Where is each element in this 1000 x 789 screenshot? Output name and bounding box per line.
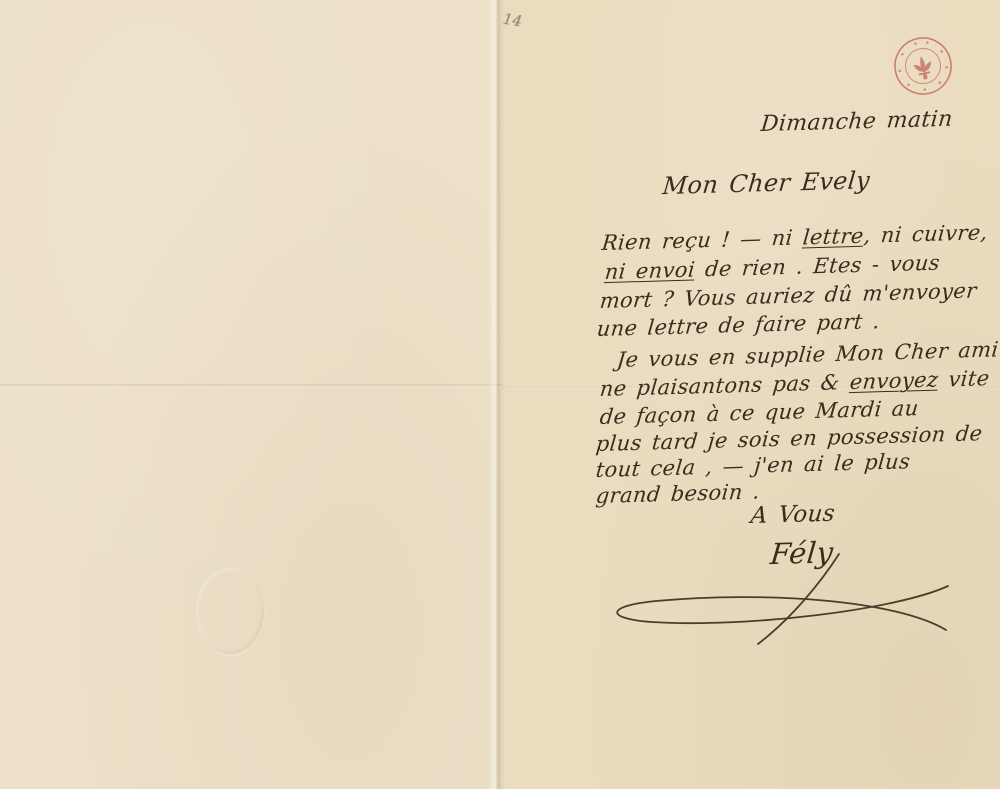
red-ink-stamp: · ▪ · ▪ · ▪ · ▪ · ▪ · ▪ · ▪ · ▪ · ▪ · ▪ … [890,33,956,99]
stamp-graphic: · ▪ · ▪ · ▪ · ▪ · ▪ · ▪ · ▪ · ▪ · ▪ · ▪ … [890,33,956,99]
pencil-folio-number: 14 [502,10,524,31]
letter-left-page-blank [0,0,500,789]
signature-flourish-graphic [596,552,964,656]
letter-body-line: grand besoin . [595,479,761,508]
signature-flourish [596,552,964,656]
scanned-letter-bifolium: 14 · ▪ · ▪ · ▪ · ▪ · ▪ · ▪ · ▪ · ▪ · ▪ ·… [0,0,1000,789]
embossed-seal [196,568,264,654]
stamp-crest [912,54,934,81]
letter-closing: A Vous [750,501,837,529]
center-fold-crease [488,0,506,789]
letter-salutation: Mon Cher Evely [661,166,871,200]
horizontal-fold-crease-left [0,384,502,388]
